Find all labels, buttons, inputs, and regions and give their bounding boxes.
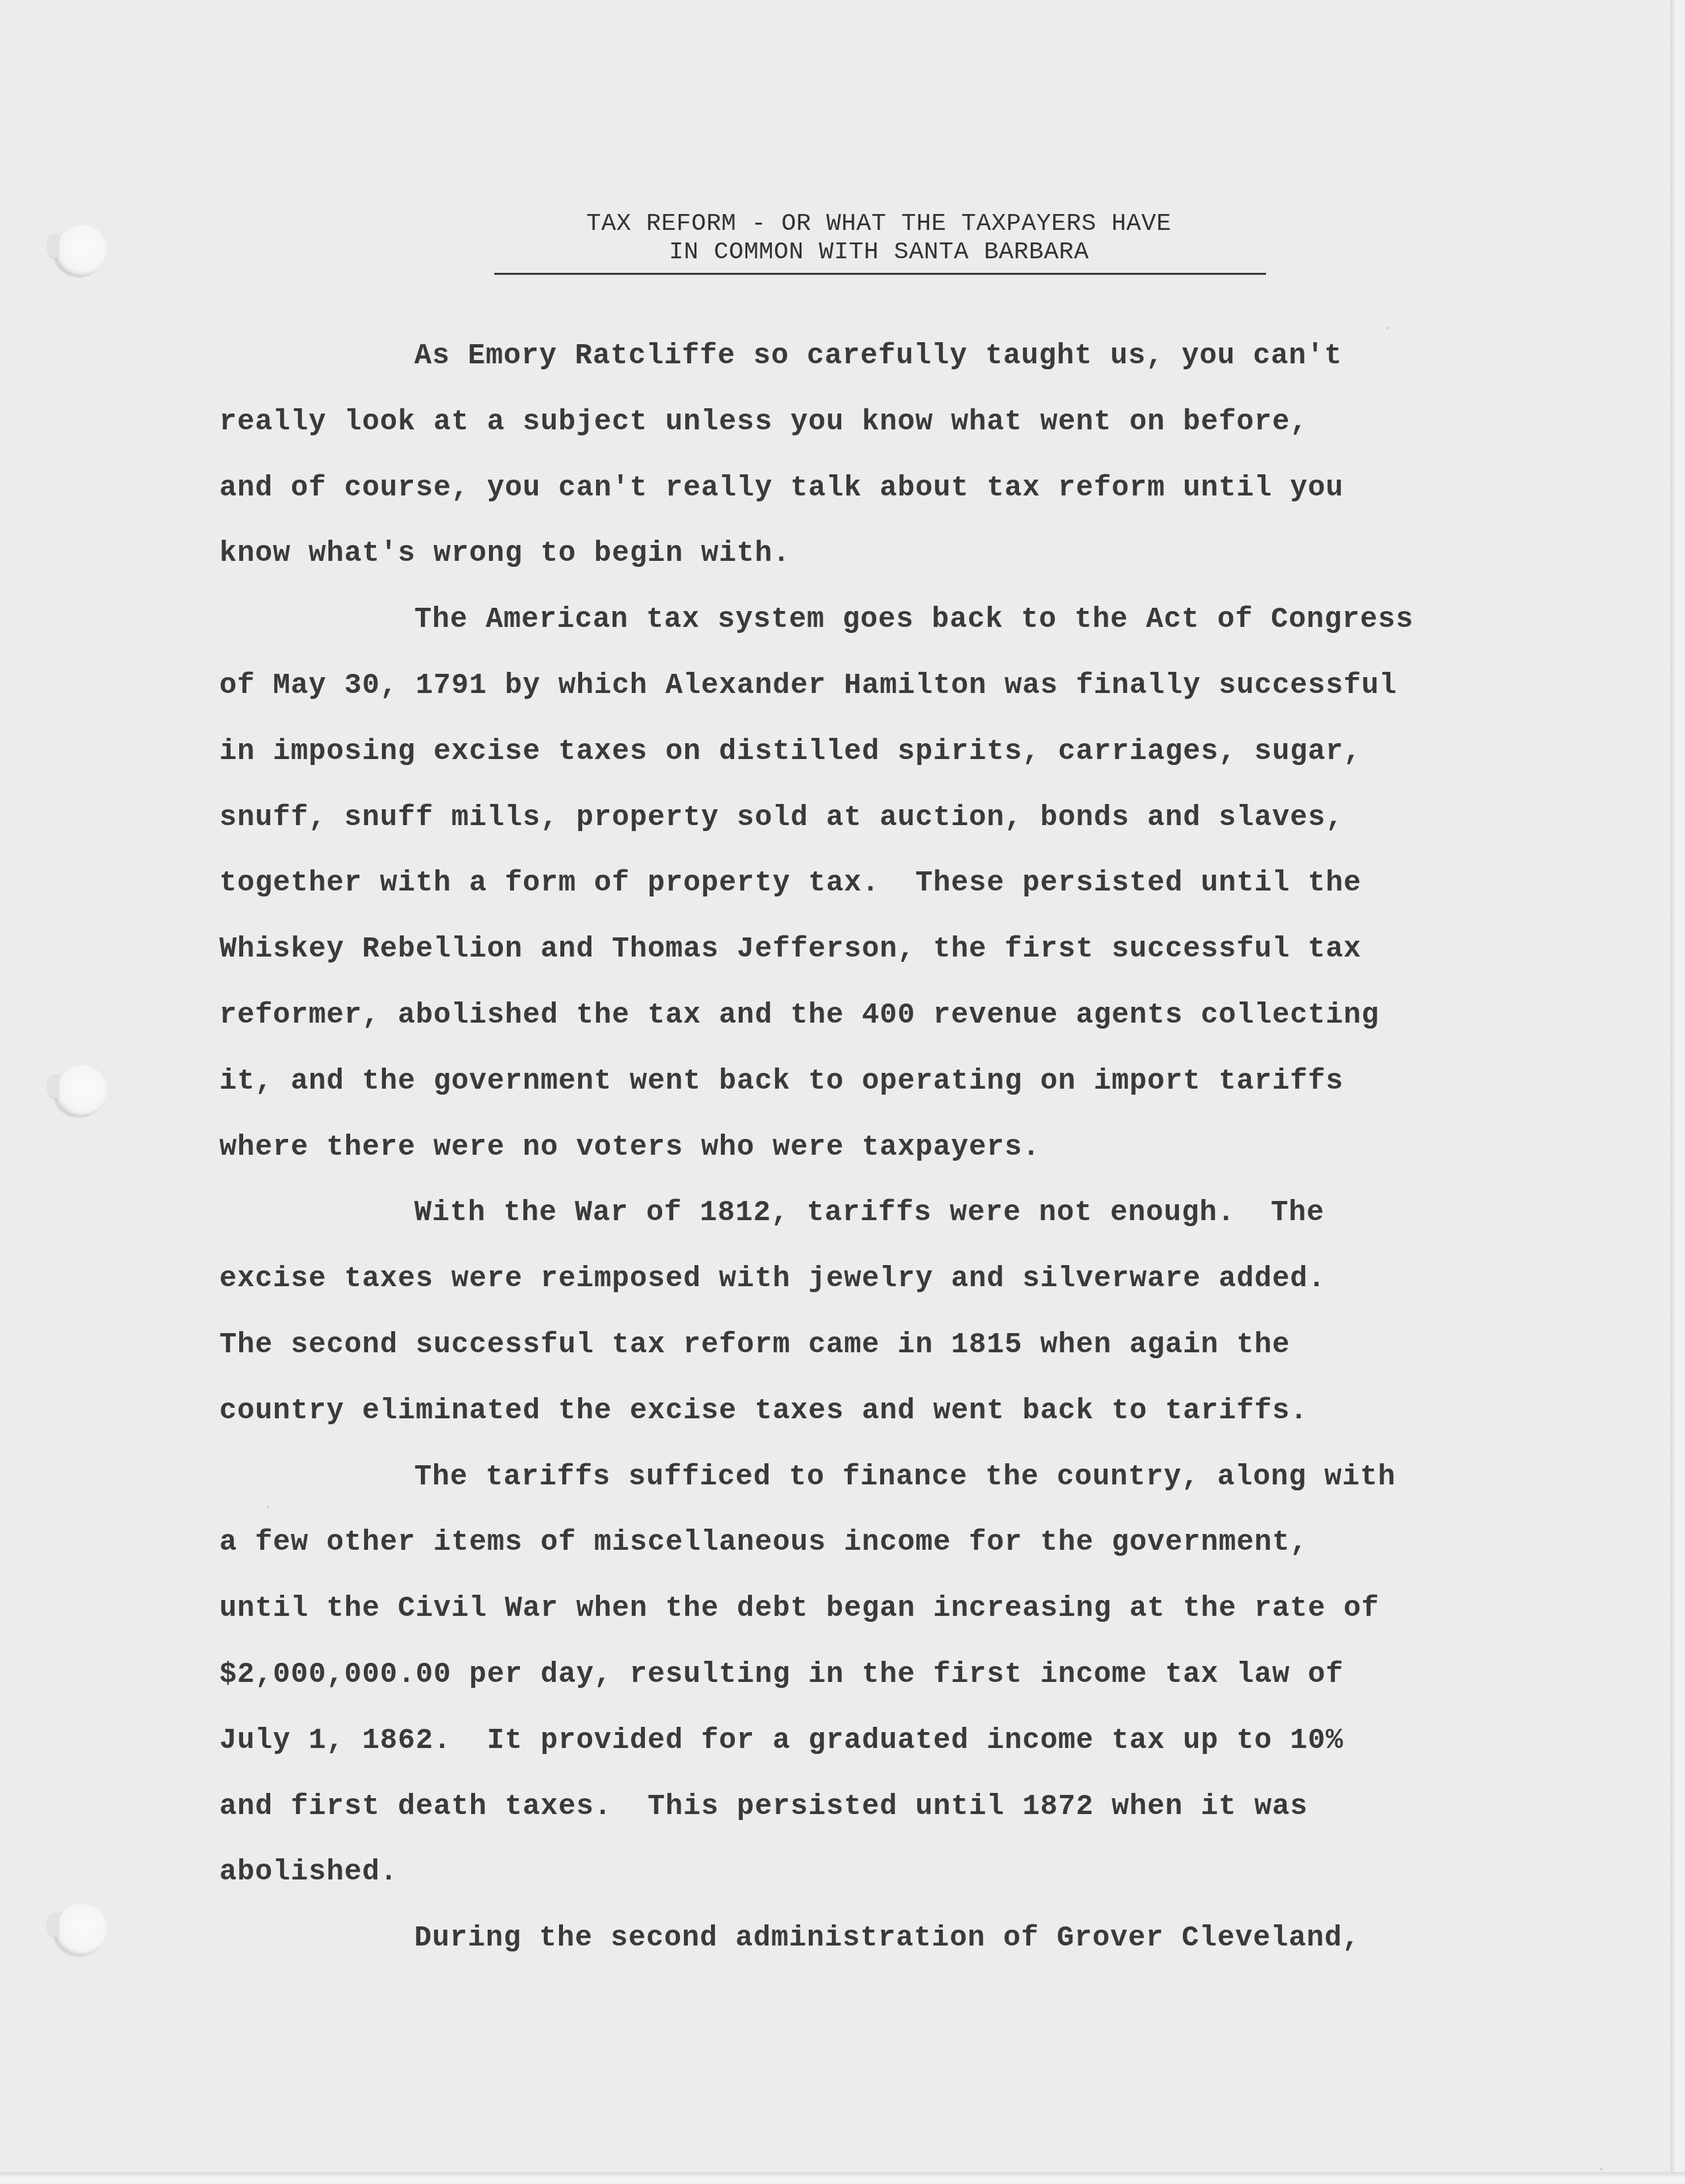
text-line: The second successful tax reform came in… <box>219 1323 1534 1389</box>
text-line: The tariffs sufficed to finance the coun… <box>219 1455 1534 1521</box>
paragraph-1: As Emory Ratcliffe so carefully taught u… <box>219 334 1534 597</box>
text-line: until the Civil War when the debt began … <box>219 1586 1534 1652</box>
text-line: it, and the government went back to oper… <box>219 1059 1534 1125</box>
document-page: TAX REFORM - OR WHAT THE TAXPAYERS HAVE … <box>0 0 1670 2172</box>
margin-speck <box>1600 2168 1602 2170</box>
title-line-2: IN COMMON WITH SANTA BARBARA <box>492 238 1265 267</box>
text-line: $2,000,000.00 per day, resulting in the … <box>219 1652 1534 1718</box>
paragraph-4: The tariffs sufficed to finance the coun… <box>219 1455 1534 1916</box>
text-line: together with a form of property tax. Th… <box>219 861 1534 927</box>
page-edge-right <box>1670 0 1685 2184</box>
binder-punch-hole-middle <box>56 1065 107 1115</box>
margin-speck <box>1386 327 1388 329</box>
text-line: where there were no voters who were taxp… <box>219 1125 1534 1191</box>
text-line: As Emory Ratcliffe so carefully taught u… <box>219 334 1534 400</box>
text-line: in imposing excise taxes on distilled sp… <box>219 729 1534 795</box>
paragraph-5: During the second administration of Grov… <box>219 1916 1534 1982</box>
text-line: July 1, 1862. It provided for a graduate… <box>219 1718 1534 1784</box>
text-line: abolished. <box>219 1850 1534 1916</box>
title-line-1: TAX REFORM - OR WHAT THE TAXPAYERS HAVE <box>492 210 1265 238</box>
title-underline <box>494 273 1266 275</box>
paragraph-3: With the War of 1812, tariffs were not e… <box>219 1190 1534 1454</box>
text-line: and first death taxes. This persisted un… <box>219 1784 1534 1850</box>
document-body: As Emory Ratcliffe so carefully taught u… <box>219 334 1534 1982</box>
text-line: reformer, abolished the tax and the 400 … <box>219 993 1534 1059</box>
text-line: a few other items of miscellaneous incom… <box>219 1520 1534 1586</box>
paragraph-2: The American tax system goes back to the… <box>219 597 1534 1190</box>
text-line: The American tax system goes back to the… <box>219 597 1534 663</box>
page-edge-bottom <box>0 2172 1685 2184</box>
text-line: country eliminated the excise taxes and … <box>219 1389 1534 1455</box>
text-line: really look at a subject unless you know… <box>219 400 1534 466</box>
text-line: know what's wrong to begin with. <box>219 531 1534 597</box>
text-line: During the second administration of Grov… <box>219 1916 1534 1982</box>
document-title: TAX REFORM - OR WHAT THE TAXPAYERS HAVE … <box>492 210 1265 267</box>
text-line: and of course, you can't really talk abo… <box>219 466 1534 532</box>
text-line: of May 30, 1791 by which Alexander Hamil… <box>219 663 1534 729</box>
binder-punch-hole-top <box>56 225 107 275</box>
binder-punch-hole-bottom <box>56 1904 107 1954</box>
text-line: With the War of 1812, tariffs were not e… <box>219 1190 1534 1256</box>
text-line: snuff, snuff mills, property sold at auc… <box>219 795 1534 861</box>
text-line: Whiskey Rebellion and Thomas Jefferson, … <box>219 927 1534 993</box>
text-line: excise taxes were reimposed with jewelry… <box>219 1256 1534 1323</box>
